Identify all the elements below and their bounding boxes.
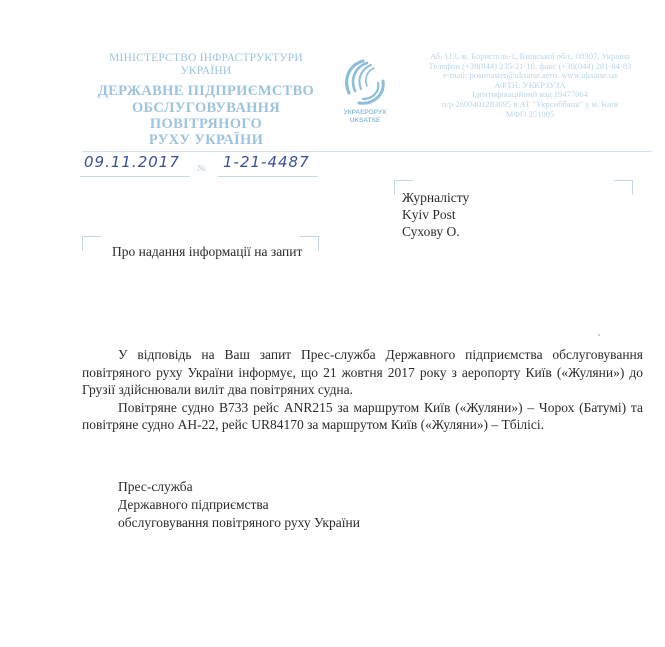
number-sign: № [197, 163, 206, 173]
signature-block: Прес-служба Державного підприємства обсл… [118, 478, 360, 532]
signature-line1: Прес-служба [118, 478, 360, 496]
ministry-name-line2: УКРАЇНИ [78, 65, 334, 78]
signature-line2: Державного підприємства [118, 496, 360, 514]
signature-line3: обслуговування повітряного руху України [118, 514, 360, 532]
organization-name-line1: ДЕРЖАВНЕ ПІДПРИЄМСТВО [78, 83, 334, 99]
subject-bracket-right [300, 236, 319, 251]
date-underline [80, 176, 190, 177]
letterhead-divider [82, 151, 652, 152]
uksatse-logo: УКРАЕРОРУХ UKSATSE [333, 55, 397, 127]
organization-name-line2: ОБСЛУГОВУВАННЯ ПОВІТРЯНОГО [78, 100, 334, 132]
recipient-title: Журналісту [402, 189, 469, 206]
letterhead-organization: МІНІСТЕРСТВО ІНФРАСТРУКТУРИ УКРАЇНИ ДЕРЖ… [78, 52, 334, 148]
letterhead-contacts: Аб. 113, м. Бориспіль-1, Київської обл.,… [410, 52, 650, 119]
logo-swirl-icon [333, 55, 397, 109]
document-date: 09.11.2017 [84, 153, 180, 171]
ministry-name-line1: МІНІСТЕРСТВО ІНФРАСТРУКТУРИ [78, 52, 334, 65]
contact-mfo: МФО 351005 [410, 110, 650, 120]
body-paragraph-2: Повітряне судно B733 рейс ANR215 за марш… [82, 399, 643, 434]
logo-text-eng: UKSATSE [333, 117, 397, 125]
organization-name-line3: РУХУ УКРАЇНИ [78, 132, 334, 148]
organization-name: ДЕРЖАВНЕ ПІДПРИЄМСТВО ОБСЛУГОВУВАННЯ ПОВ… [78, 83, 334, 148]
recipient-name: Сухову О. [402, 223, 469, 240]
scan-speck [598, 334, 600, 336]
recipient-block: Журналісту Kyiv Post Сухову О. [402, 189, 469, 240]
body-paragraph-1: У відповідь на Ваш запит Прес-служба Дер… [82, 346, 643, 399]
document-number: 1-21-4487 [223, 153, 310, 171]
logo-text-ukr: УКРАЕРОРУХ [333, 109, 397, 117]
number-underline [218, 176, 318, 177]
subject-bracket-left [82, 236, 101, 251]
letter-subject: Про надання інформації на запит [112, 244, 302, 260]
letter-body: У відповідь на Ваш запит Прес-служба Дер… [82, 346, 643, 434]
recipient-organization: Kyiv Post [402, 206, 469, 223]
recipient-bracket-right [614, 180, 633, 195]
